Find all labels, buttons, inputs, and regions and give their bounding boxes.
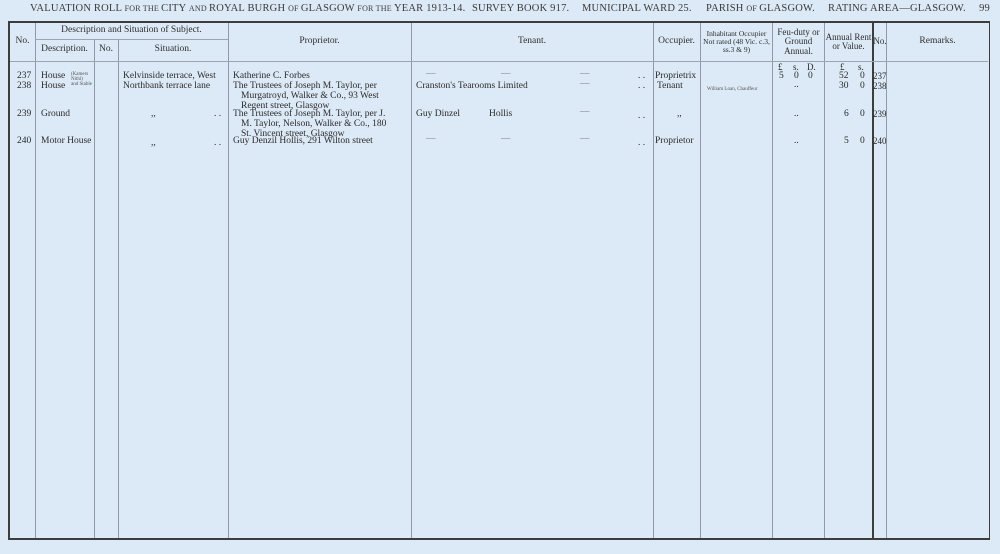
row-proprietor-cont: M. Taylor, Nelson, Walker & Co., 180 (241, 119, 386, 130)
rent-pounds: 30 (839, 81, 849, 92)
feu-pence: 0 (808, 71, 813, 82)
row-proprietor: Katherine C. Forbes (233, 71, 310, 82)
row-situation-ditto: ,, (151, 138, 156, 149)
feu-dots: .. (794, 136, 799, 147)
tenant-dots: . . (638, 71, 645, 82)
col-header-remarks: Remarks. (887, 23, 988, 61)
tenant-dash: — (580, 69, 590, 80)
col-divider (94, 40, 95, 538)
col-header-proprietor: Proprietor. (228, 23, 411, 61)
tenant-dash: — (580, 79, 590, 90)
title-part: ROYAL BURGH (209, 3, 288, 14)
row-no: 240 (17, 136, 31, 147)
row-situation: Kelvinside terrace, West (123, 71, 216, 82)
valuation-table: No. Description and Situation of Subject… (8, 21, 990, 540)
col-divider (653, 23, 654, 538)
title-part: FOR THE (357, 4, 394, 13)
municipal-ward: MUNICIPAL WARD 25. (582, 3, 692, 14)
row-no-2: 238 (873, 81, 887, 92)
title-part: CITY (161, 3, 189, 14)
row-occupier: Tenant (657, 81, 683, 92)
parish-label: PARISH (706, 3, 746, 14)
col-divider (118, 40, 119, 538)
parish-of: OF (746, 4, 759, 13)
row-no: 238 (17, 81, 31, 92)
row-proprietor: The Trustees of Joseph M. Taylor, per J. (233, 109, 385, 120)
row-proprietor: The Trustees of Joseph M. Taylor, per (233, 81, 377, 92)
col-header-occupier: Occupier. (653, 23, 700, 61)
rent-shillings: 0 (860, 71, 865, 82)
col-divider (886, 23, 887, 538)
col-divider (824, 23, 825, 538)
row-proprietor: Guy Denzil Hollis, 291 Wilton street (233, 136, 373, 147)
col-header-situation: Situation. (118, 39, 228, 61)
row-no-2: 239 (873, 109, 887, 120)
feu-pounds: 5 (779, 71, 784, 82)
col-header-annual-rent: Annual Rent or Value. (825, 25, 872, 59)
feu-dots: .. (794, 109, 799, 120)
survey-book: SURVEY BOOK 917. (472, 3, 569, 14)
rating-area: RATING AREA—GLASGOW. (828, 3, 966, 14)
row-no: 239 (17, 109, 31, 120)
roll-title: VALUATION ROLL FOR THE CITY AND ROYAL BU… (30, 3, 465, 14)
row-tenant: Guy Dinzel (416, 109, 460, 120)
col-header-tenant: Tenant. (411, 23, 653, 61)
tenant-dots: . . (638, 111, 645, 122)
col-divider (228, 23, 229, 538)
col-header-no-2: No. (874, 23, 886, 61)
row-description-note: (Kamers Nithl) (71, 72, 93, 82)
row-description-note: and Stable (71, 82, 93, 87)
col-header-description: Description. (35, 39, 94, 61)
row-tenant-extra: Hollis (489, 109, 512, 120)
rent-shillings: 0 (860, 81, 865, 92)
tenant-dots: . . (638, 138, 645, 149)
row-description: Motor House (41, 136, 91, 147)
row-situation-ditto: ,, (151, 109, 156, 120)
page-header: VALUATION ROLL FOR THE CITY AND ROYAL BU… (0, 3, 1000, 19)
rent-shillings: 0 (860, 109, 865, 120)
parish: PARISH OF GLASGOW. (706, 3, 815, 14)
row-description: Ground (41, 109, 70, 120)
row-description: House (41, 81, 65, 92)
row-occupier: Proprietrix (655, 71, 696, 82)
row-occupier: Proprietor (655, 136, 694, 147)
col-divider (35, 23, 36, 538)
col-header-desc-group: Description and Situation of Subject. (35, 23, 228, 39)
tenant-dots: . . (638, 81, 645, 92)
rent-pounds: 5 (844, 136, 849, 147)
tenant-dash: — (501, 134, 511, 145)
rent-shillings: 0 (860, 136, 865, 147)
row-description: House (41, 71, 65, 82)
row-no: 237 (17, 71, 31, 82)
page-number: 99 (979, 3, 990, 14)
title-part: VALUATION ROLL (30, 3, 125, 14)
row-situation: Northbank terrace lane (123, 81, 210, 92)
col-header-street-no: No. (94, 39, 118, 61)
row-no-2: 240 (873, 136, 887, 147)
row-no-2: 237 (873, 71, 887, 82)
situation-dots: . . (214, 138, 221, 149)
situation-dots: . . (214, 109, 221, 120)
title-part: YEAR 1913-14. (394, 3, 465, 14)
row-proprietor-cont: Murgatroyd, Walker & Co., 93 West (241, 91, 379, 102)
title-part: FOR THE (125, 4, 162, 13)
col-header-no: No. (10, 23, 35, 61)
rent-pounds: 6 (844, 109, 849, 120)
title-part: GLASGOW (301, 3, 358, 14)
col-divider (411, 23, 412, 538)
title-part: AND (189, 4, 209, 13)
row-inhabitant: William Loan, Chauffeur (707, 85, 757, 96)
col-divider (772, 23, 773, 538)
title-part: OF (288, 4, 301, 13)
tenant-dash: — (426, 69, 436, 80)
parish-name: GLASGOW. (759, 3, 815, 14)
feu-dots: .. (794, 80, 799, 91)
col-divider-heavy (872, 23, 874, 538)
row-tenant: Cranston's Tearooms Limited (416, 81, 528, 92)
col-header-inhabitant: Inhabitant Occupier Not rated (48 Vic. c… (701, 27, 772, 57)
tenant-dash: — (501, 69, 511, 80)
rent-pounds: 52 (839, 71, 849, 82)
tenant-dash: — (580, 107, 590, 118)
col-divider (700, 23, 701, 538)
tenant-dash: — (580, 134, 590, 145)
tenant-dash: — (426, 134, 436, 145)
col-header-feu-duty: Feu-duty or Ground Annual. (773, 25, 824, 59)
row-occupier-ditto: ,, (677, 109, 682, 120)
